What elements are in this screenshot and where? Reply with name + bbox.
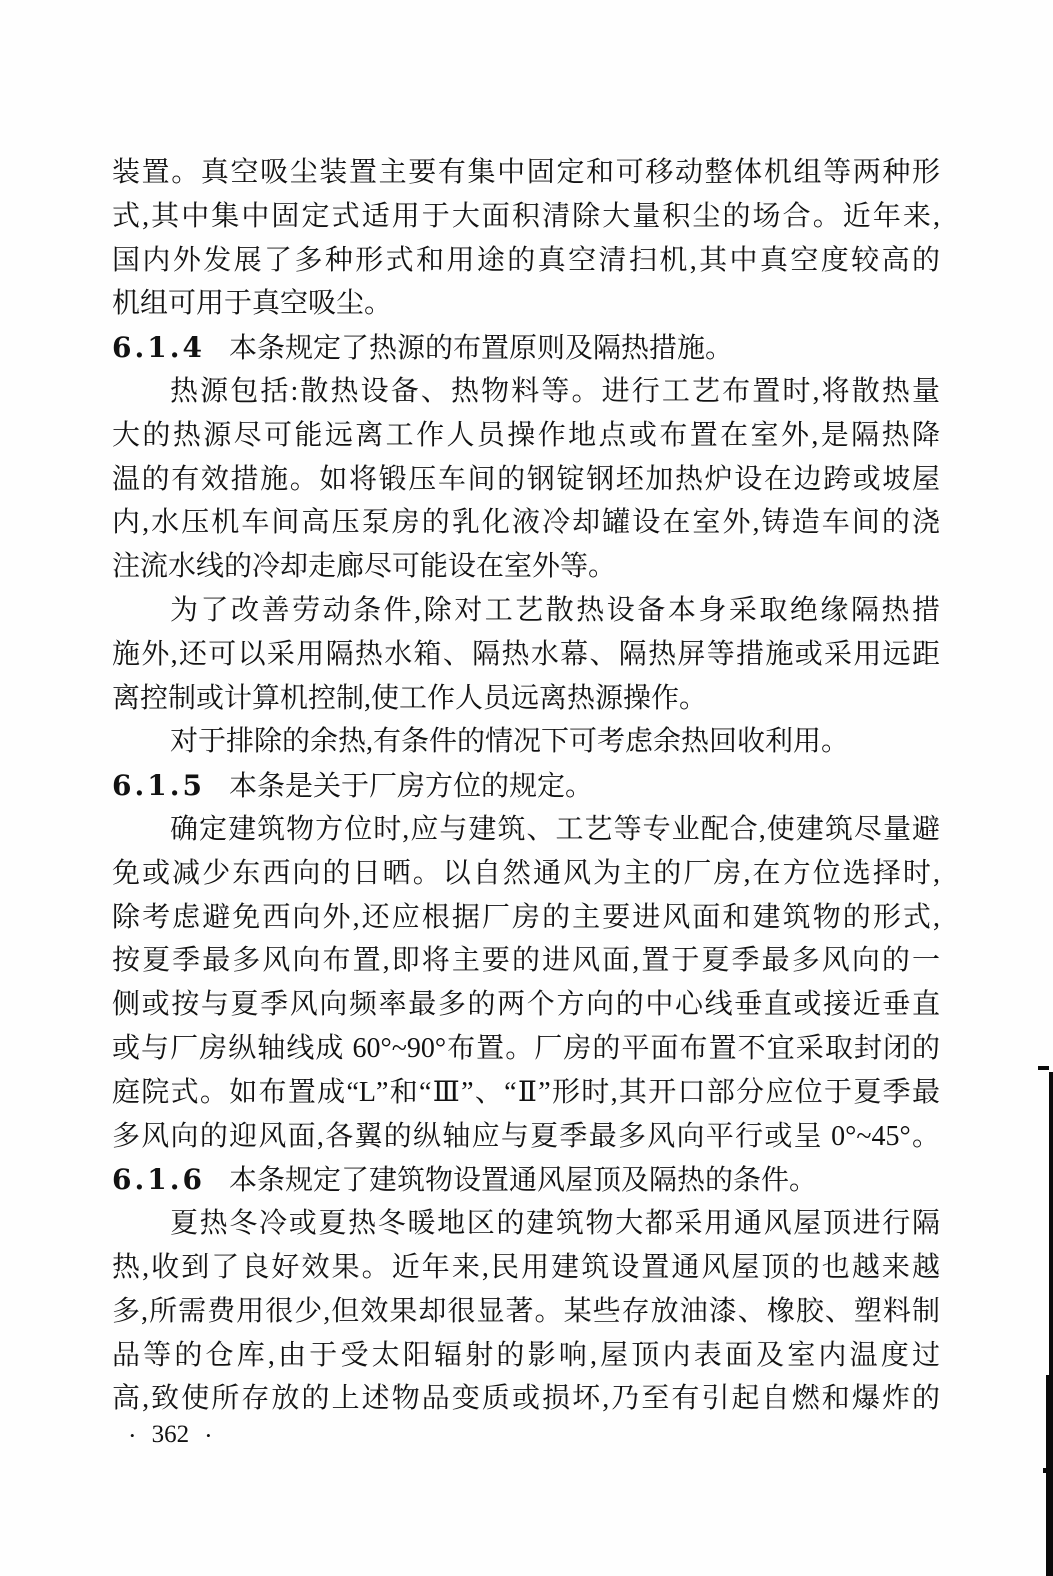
text-line: 庭院式。如布置成“L”和“Ⅲ”、“Ⅱ”形时,其开口部分应位于夏季最 <box>112 1071 940 1115</box>
footer-left-dot-icon: • <box>130 1429 135 1442</box>
text-line: 注流水线的冷却走廊尽可能设在室外等。 <box>112 545 940 589</box>
text-line: 多风向的迎风面,各翼的纵轴应与夏季最多风向平行或呈 0°~45°。 <box>112 1115 940 1159</box>
text-line: 对于排除的余热,有条件的情况下可考虑余热回收利用。 <box>112 720 940 764</box>
section-title: 本条规定了热源的布置原则及隔热措施。 <box>229 333 733 364</box>
page-body: 装置。真空吸尘装置主要有集中固定和可移动整体机组等两种形式,其中集中固定式适用于… <box>112 151 940 1421</box>
text-line: 施外,还可以采用隔热水箱、隔热水幕、隔热屏等措施或采用远距 <box>112 633 940 677</box>
scan-edge-artifact <box>1049 1072 1053 1375</box>
section-heading-line: 6.1.5本条是关于厂房方位的规定。 <box>112 764 940 808</box>
text-line: 机组可用于真空吸尘。 <box>112 282 940 326</box>
section-heading-line: 6.1.4本条规定了热源的布置原则及隔热措施。 <box>112 326 940 370</box>
section-number: 6.1.4 <box>112 331 205 364</box>
scan-edge-artifact <box>1038 1066 1049 1070</box>
text-line: 离控制或计算机控制,使工作人员远离热源操作。 <box>112 677 940 721</box>
text-line: 为了改善劳动条件,除对工艺散热设备本身采取绝缘隔热措 <box>112 589 940 633</box>
text-line: 品等的仓库,由于受太阳辐射的影响,屋顶内表面及室内温度过 <box>112 1334 940 1378</box>
text-line: 装置。真空吸尘装置主要有集中固定和可移动整体机组等两种形 <box>112 151 940 195</box>
scan-edge-artifact <box>1046 1375 1053 1576</box>
page-number: 362 <box>152 1421 190 1449</box>
text-line: 式,其中集中固定式适用于大面积清除大量积尘的场合。近年来, <box>112 195 940 239</box>
text-line: 国内外发展了多种形式和用途的真空清扫机,其中真空度较高的 <box>112 239 940 283</box>
text-line: 高,致使所存放的上述物品变质或损坏,乃至有引起自燃和爆炸的 <box>112 1377 940 1421</box>
scanned-document-page: 装置。真空吸尘装置主要有集中固定和可移动整体机组等两种形式,其中集中固定式适用于… <box>0 0 1053 1576</box>
text-line: 热,收到了良好效果。近年来,民用建筑设置通风屋顶的也越来越 <box>112 1246 940 1290</box>
text-line: 侧或按与夏季风向频率最多的两个方向的中心线垂直或接近垂直 <box>112 983 940 1027</box>
text-line: 夏热冬冷或夏热冬暖地区的建筑物大都采用通风屋顶进行隔 <box>112 1202 940 1246</box>
text-line: 或与厂房纵轴线成 60°~90°布置。厂房的平面布置不宜采取封闭的 <box>112 1027 940 1071</box>
section-number: 6.1.5 <box>112 769 205 802</box>
text-line: 除考虑避免西向外,还应根据厂房的主要进风面和建筑物的形式, <box>112 896 940 940</box>
text-line: 按夏季最多风向布置,即将主要的进风面,置于夏季最多风向的一 <box>112 939 940 983</box>
section-title: 本条是关于厂房方位的规定。 <box>229 771 593 802</box>
page-footer: • 362 • <box>130 1420 211 1450</box>
section-heading-line: 6.1.6本条规定了建筑物设置通风屋顶及隔热的条件。 <box>112 1158 940 1202</box>
section-title: 本条规定了建筑物设置通风屋顶及隔热的条件。 <box>229 1165 817 1196</box>
text-line: 免或减少东西向的日晒。以自然通风为主的厂房,在方位选择时, <box>112 852 940 896</box>
text-line: 内,水压机车间高压泵房的乳化液冷却罐设在室外,铸造车间的浇 <box>112 501 940 545</box>
text-line: 大的热源尽可能远离工作人员操作地点或布置在室外,是隔热降 <box>112 414 940 458</box>
text-line: 温的有效措施。如将锻压车间的钢锭钢坯加热炉设在边跨或坡屋 <box>112 458 940 502</box>
text-line: 确定建筑物方位时,应与建筑、工艺等专业配合,使建筑尽量避 <box>112 808 940 852</box>
text-line: 多,所需费用很少,但效果却很显著。某些存放油漆、橡胶、塑料制 <box>112 1290 940 1334</box>
text-line: 热源包括:散热设备、热物料等。进行工艺布置时,将散热量 <box>112 370 940 414</box>
footer-right-dot-icon: • <box>206 1429 211 1442</box>
section-number: 6.1.6 <box>112 1163 205 1196</box>
